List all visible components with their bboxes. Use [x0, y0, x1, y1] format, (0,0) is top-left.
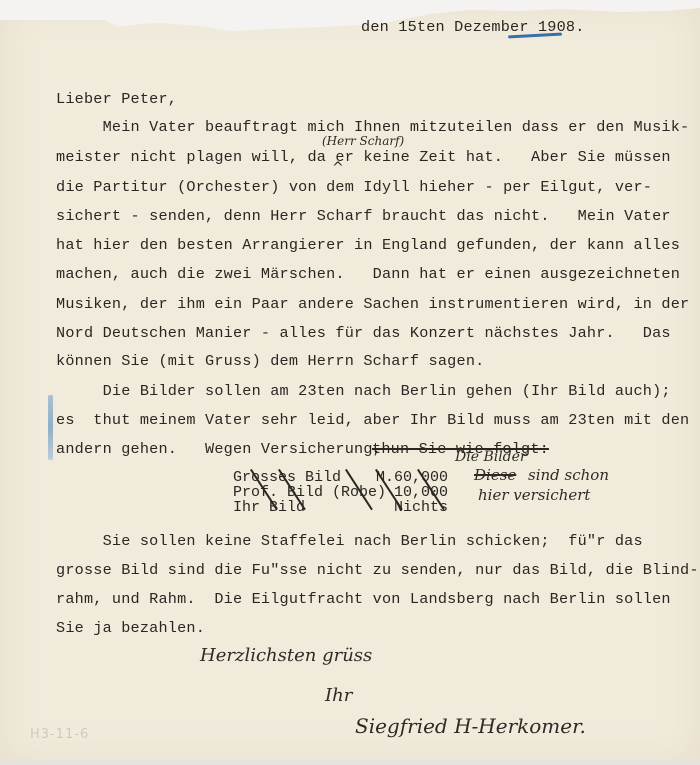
salutation: Lieber Peter,	[56, 90, 177, 108]
margin-note-struck-diese: Diese	[474, 466, 516, 484]
signature-greeting: Herzlichsten grüss	[200, 645, 372, 666]
margin-note-hier-versichert: hier versichert	[478, 486, 590, 504]
paper-bottom-edge	[0, 760, 700, 765]
closing-line-4: Sie ja bezahlen.	[56, 619, 205, 637]
table-row-value: M.60,000	[376, 470, 448, 485]
body-line-11: es thut meinem Vater sehr leid, aber Ihr…	[56, 411, 689, 429]
closing-line-3: rahm, und Rahm. Die Eilgutfracht von Lan…	[56, 590, 671, 608]
body-line-10: Die Bilder sollen am 23ten nach Berlin g…	[56, 382, 671, 400]
closing-line-2: grosse Bild sind die Fu"sse nicht zu sen…	[56, 561, 699, 579]
body-line-3: die Partitur (Orchester) von dem Idyll h…	[56, 178, 652, 196]
body-line-6: machen, auch die zwei Märschen. Dann hat…	[56, 265, 680, 283]
body-line-7: Musiken, der ihm ein Paar andere Sachen …	[56, 295, 689, 313]
archive-pencil-mark: H3-11-6	[30, 727, 89, 742]
signature-name: Siegfried H-Herkomer.	[355, 714, 586, 738]
blue-margin-mark	[48, 395, 53, 460]
margin-note-die-bilder: Die Bilder	[455, 449, 527, 465]
table-row-item: Ihr Bild	[233, 500, 305, 515]
handwritten-insert-herr-scharf: (Herr Scharf)	[322, 134, 404, 148]
margin-note-sind-schon: sind schon	[528, 466, 609, 484]
signature-ihr: Ihr	[325, 685, 352, 706]
body-line-2: meister nicht plagen will, da er keine Z…	[56, 148, 671, 166]
body-line-4: sichert - senden, denn Herr Scharf brauc…	[56, 207, 671, 225]
body-line-1: Mein Vater beauftragt mich Ihnen mitzute…	[56, 118, 689, 136]
body-line-8: Nord Deutschen Manier - alles für das Ko…	[56, 324, 671, 342]
body-line-5: hat hier den besten Arrangierer in Engla…	[56, 236, 680, 254]
closing-line-1: Sie sollen keine Staffelei nach Berlin s…	[56, 532, 643, 550]
body-line-9: können Sie (mit Gruss) dem Herrn Scharf …	[56, 352, 484, 370]
body-line-12: andern gehen. Wegen Versicherung,	[56, 440, 391, 458]
table-row-value: 10,000	[394, 485, 448, 500]
